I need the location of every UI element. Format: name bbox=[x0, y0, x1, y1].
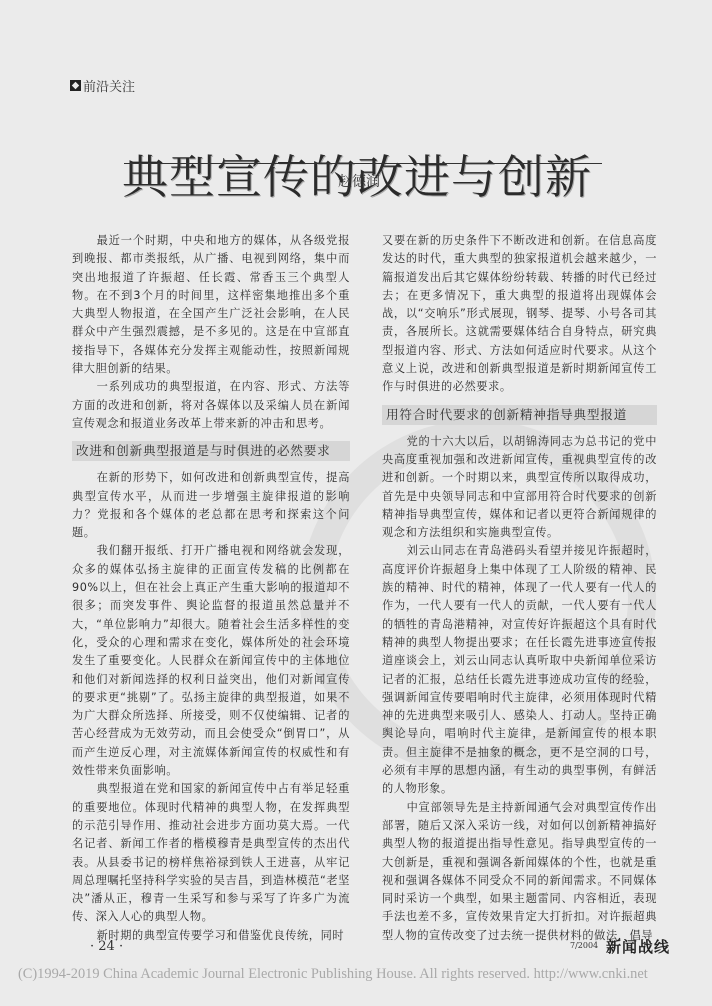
issue-number: 7/2004 bbox=[570, 941, 598, 950]
paragraph: 刘云山同志在青岛港码头看望并接见许振超时，高度评价许振超身上集中体现了工人阶级的… bbox=[382, 542, 657, 798]
diamond-square-icon bbox=[70, 80, 81, 91]
paragraph-continued: 又要在新的历史条件下不断改进和创新。在信息高度发达的时代，重大典型的独家报道机会… bbox=[382, 232, 657, 397]
page-number: · 24 · bbox=[90, 939, 123, 954]
paragraph: 我们翻开报纸、打开广播电视和网络就会发现，众多的媒体弘扬主旋律的正面宣传发稿的比… bbox=[72, 542, 350, 780]
title-divider bbox=[124, 163, 602, 164]
paragraph: 一系列成功的典型报道，在内容、形式、方法等方面的改进和创新，将对各媒体以及采编人… bbox=[72, 378, 350, 433]
paragraph: 党的十六大以后，以胡锦涛同志为总书记的党中央高度重视加强和改进新闻宣传，重视典型… bbox=[382, 433, 657, 543]
paragraph: 典型报道在党和国家的新闻宣传中占有举足轻重的重要地位。体现时代精神的典型人物，在… bbox=[72, 780, 350, 926]
section-heading: 改进和创新典型报道是与时俱进的必然要求 bbox=[72, 441, 350, 461]
author-name: 赵德润 bbox=[338, 171, 380, 191]
right-column: 又要在新的历史条件下不断改进和创新。在信息高度发达的时代，重大典型的独家报道机会… bbox=[382, 232, 657, 945]
left-column: 最近一个时期，中央和地方的媒体，从各级党报到晚报、都市类报纸，从广播、电视到网络… bbox=[72, 232, 350, 945]
paragraph: 中宣部领导先是主持新闻通气会对典型宣传作出部署，随后又深入采访一线，对如何以创新… bbox=[382, 799, 657, 945]
column-tag-label: 前沿关注 bbox=[83, 76, 135, 95]
copyright-notice: (C)1994-2019 China Academic Journal Elec… bbox=[18, 966, 648, 983]
journal-name: 新闻战线 bbox=[606, 936, 670, 957]
paragraph: 最近一个时期，中央和地方的媒体，从各级党报到晚报、都市类报纸，从广播、电视到网络… bbox=[72, 232, 350, 378]
section-heading: 用符合时代要求的创新精神指导典型报道 bbox=[382, 405, 657, 425]
paragraph: 在新的形势下，如何改进和创新典型宣传，提高典型宣传水平，从而进一步增强主旋律报道… bbox=[72, 469, 350, 542]
column-tag: 前沿关注 bbox=[70, 76, 135, 95]
